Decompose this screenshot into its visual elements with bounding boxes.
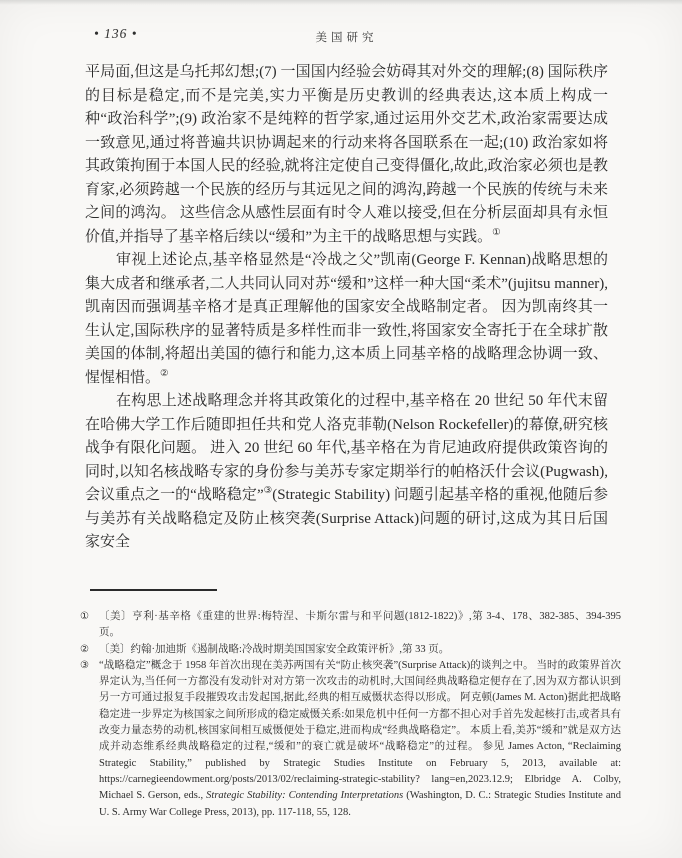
text-run: “战略稳定”概念于 1958 年首次出现在美苏两国有关“防止核突袭”(Surpr…	[99, 660, 621, 801]
scan-edge-shadow	[0, 0, 682, 5]
paragraph: 在构思上述战略理念并将其政策化的过程中,基辛格在 20 世纪 50 年代末留在哈…	[85, 390, 608, 555]
italic-citation-title: Strategic Stability: Contending Interpre…	[206, 790, 403, 801]
footnote-ref: ③	[264, 486, 273, 496]
text-run: 平局面,但这是乌托邦幻想;(7) 一国国内经验会妨碍其对外交的理解;(8) 国际…	[85, 64, 608, 245]
footnote-ref: ②	[160, 369, 169, 379]
scanned-journal-page: • 136 • 美国研究 平局面,但这是乌托邦幻想;(7) 一国国内经验会妨碍其…	[0, 0, 682, 858]
footnote-text: “战略稳定”概念于 1958 年首次出现在美苏两国有关“防止核突袭”(Surpr…	[99, 660, 621, 818]
footnote-ref: ①	[492, 228, 501, 238]
text-run: 〔美〕亨利·基辛格《重建的世界:梅特涅、卡斯尔雷与和平问题(1812-1822)…	[99, 611, 621, 638]
paragraph: 审视上述论点,基辛格显然是“冷战之父”凯南(George F. Kennan)战…	[85, 249, 608, 390]
footnote-marker: ③	[80, 658, 89, 674]
body-text: 平局面,但这是乌托邦幻想;(7) 一国国内经验会妨碍其对外交的理解;(8) 国际…	[85, 61, 608, 555]
journal-title: 美国研究	[85, 29, 608, 45]
text-run: 审视上述论点,基辛格显然是“冷战之父”凯南(George F. Kennan)战…	[85, 252, 608, 386]
footnote-item: ②〔美〕约翰·加迪斯《遏制战略:冷战时期美国国家安全政策评析》,第 33 页。	[80, 642, 621, 658]
text-run: 〔美〕约翰·加迪斯《遏制战略:冷战时期美国国家安全政策评析》,第 33 页。	[99, 644, 449, 655]
footnote-divider	[90, 589, 217, 591]
footnote-text: 〔美〕约翰·加迪斯《遏制战略:冷战时期美国国家安全政策评析》,第 33 页。	[99, 644, 449, 655]
paragraph: 平局面,但这是乌托邦幻想;(7) 一国国内经验会妨碍其对外交的理解;(8) 国际…	[85, 61, 608, 249]
footnotes: ①〔美〕亨利·基辛格《重建的世界:梅特涅、卡斯尔雷与和平问题(1812-1822…	[80, 609, 621, 821]
footnote-item: ①〔美〕亨利·基辛格《重建的世界:梅特涅、卡斯尔雷与和平问题(1812-1822…	[80, 609, 621, 642]
footnote-item: ③“战略稳定”概念于 1958 年首次出现在美苏两国有关“防止核突袭”(Surp…	[80, 658, 621, 821]
footnote-text: 〔美〕亨利·基辛格《重建的世界:梅特涅、卡斯尔雷与和平问题(1812-1822)…	[99, 611, 621, 638]
footnote-marker: ①	[80, 609, 89, 625]
footnote-marker: ②	[80, 642, 89, 658]
